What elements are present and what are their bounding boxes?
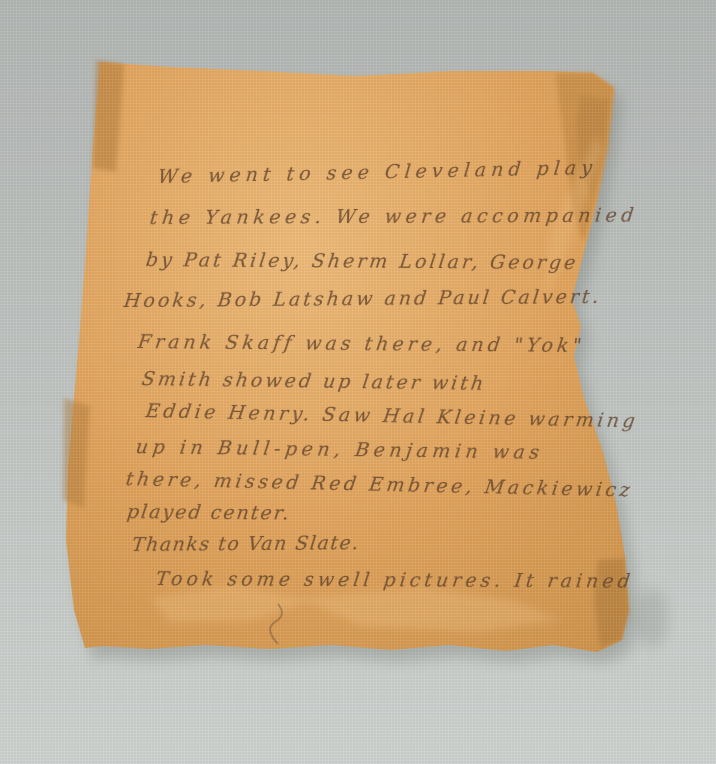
- paper-scrap-graphic: [0, 0, 716, 764]
- note-paper: [66, 62, 629, 652]
- corner-shadow: [634, 588, 668, 648]
- photo-of-handwritten-note: We went to see Cleveland play the Yankee…: [0, 0, 716, 764]
